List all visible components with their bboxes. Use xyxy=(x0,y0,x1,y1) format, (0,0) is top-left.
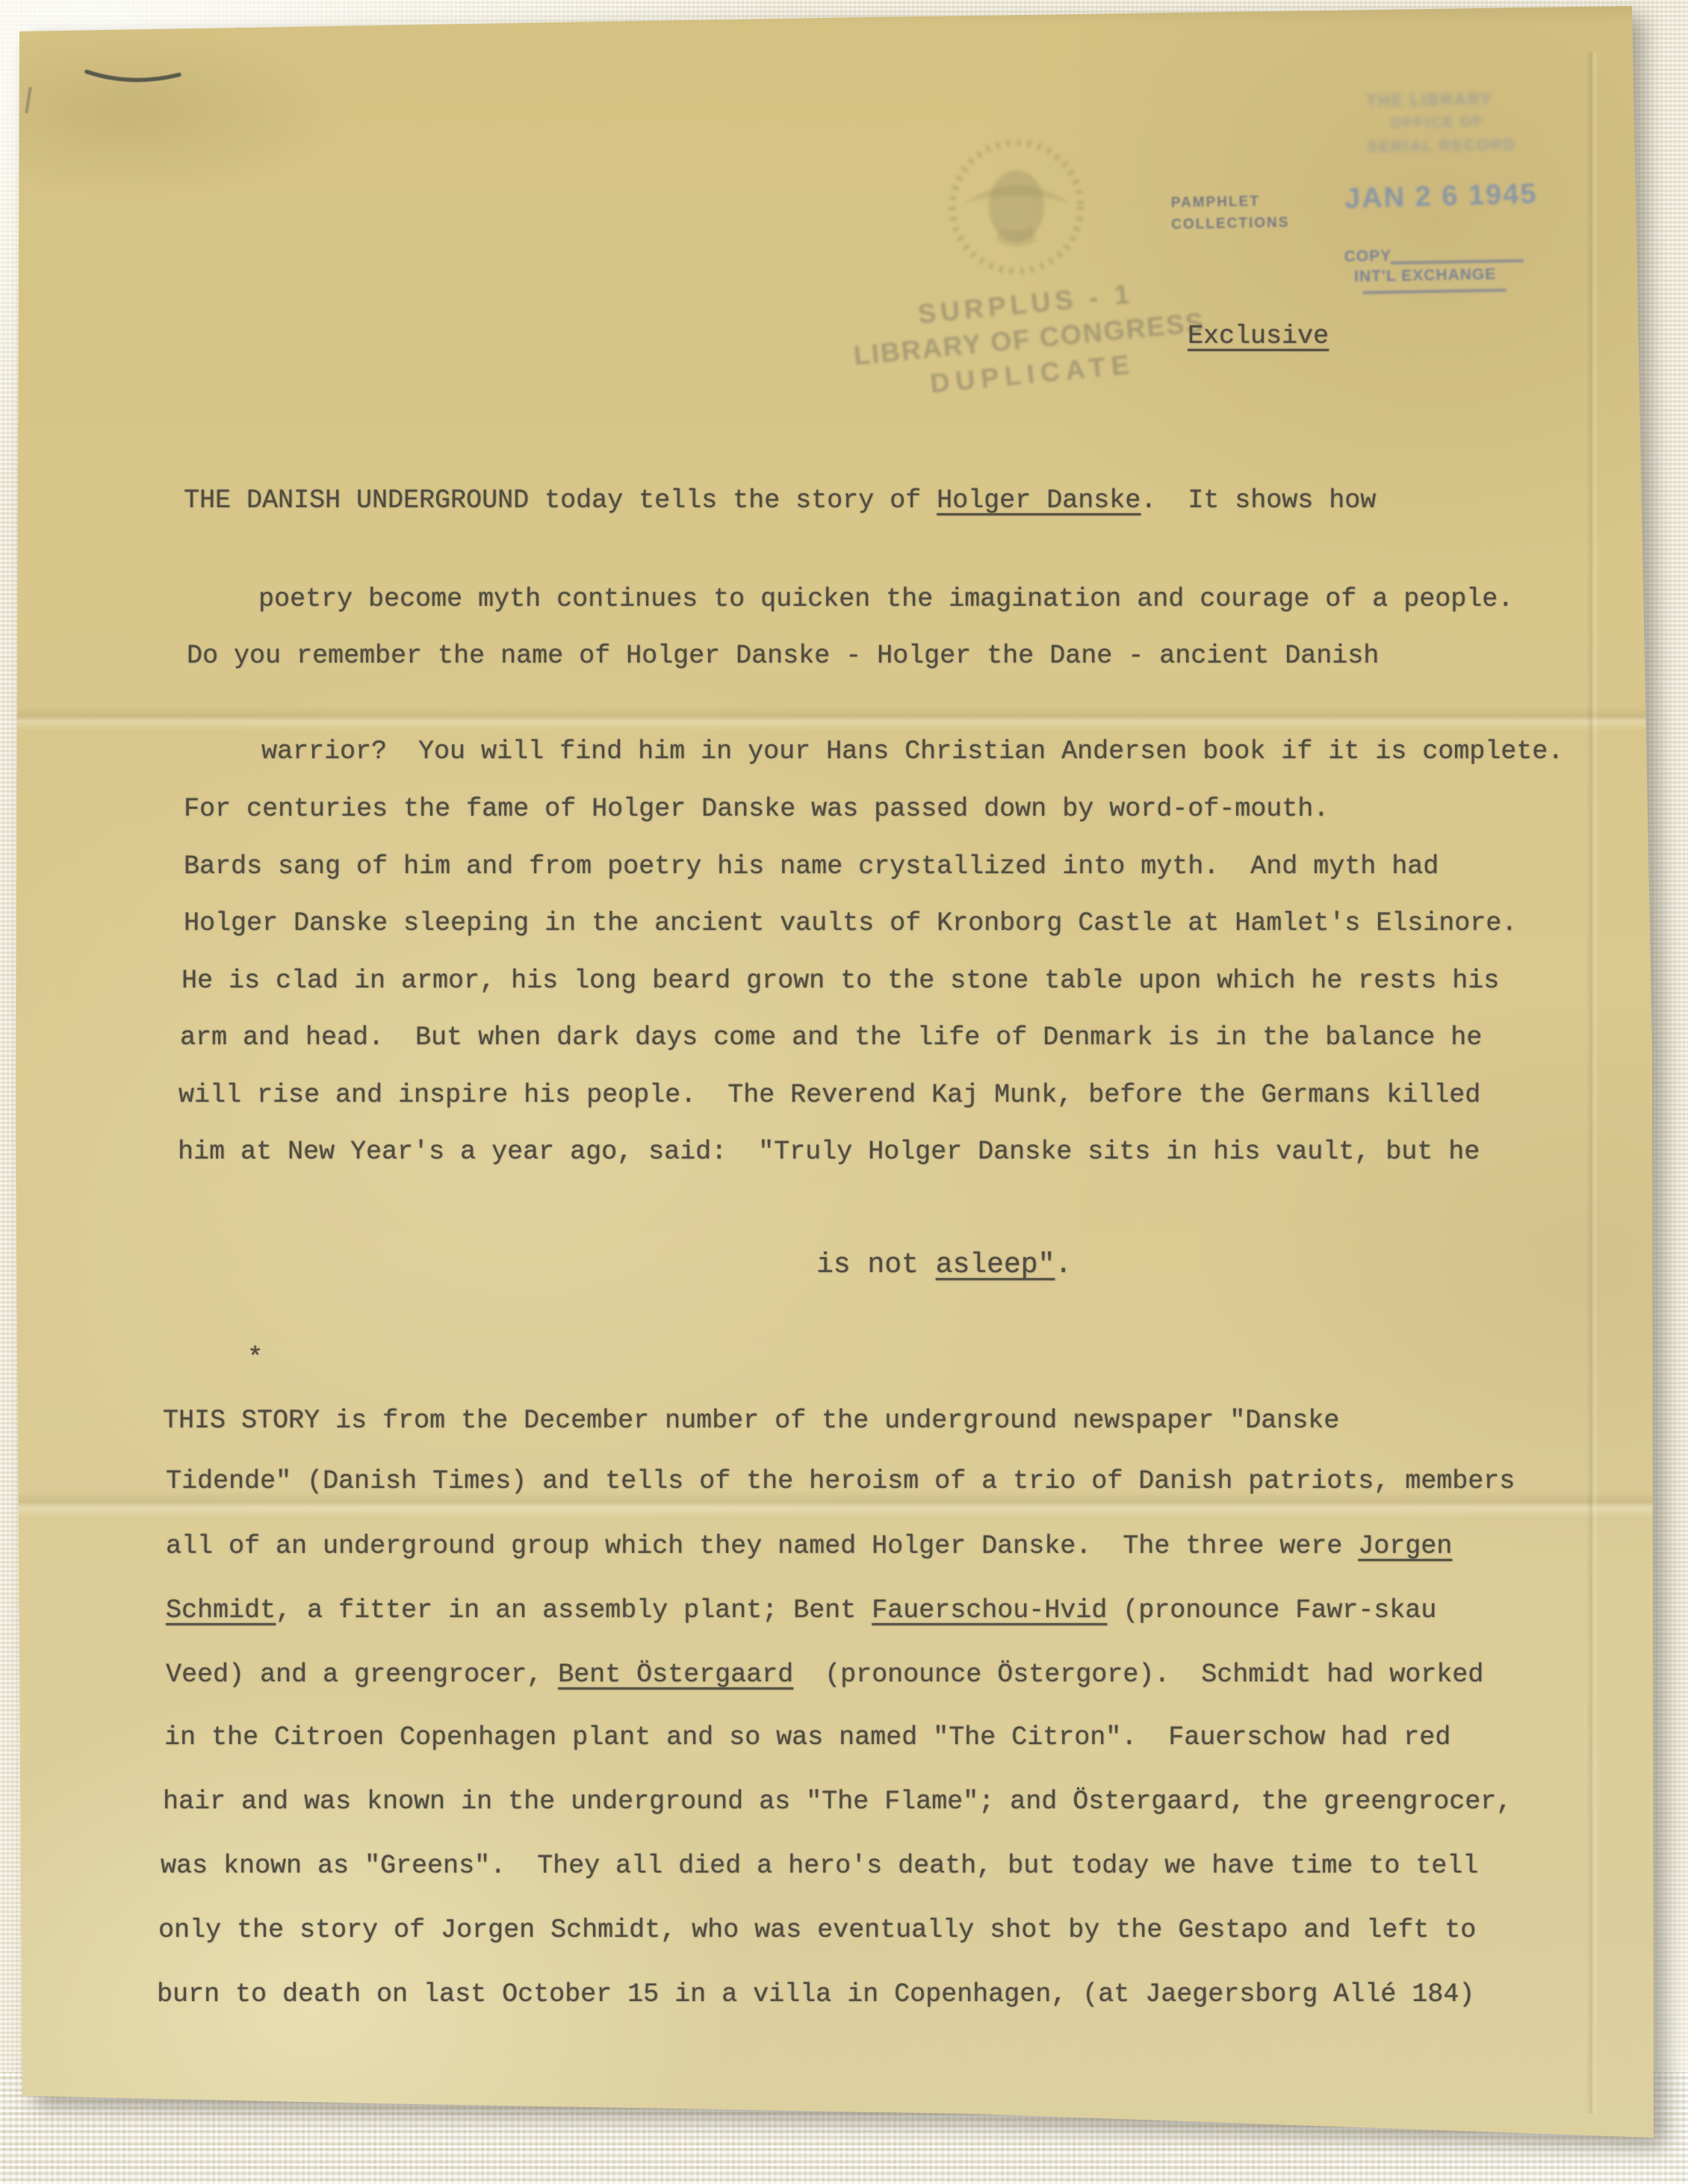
typed-line: is not asleep". xyxy=(816,1250,1072,1280)
typed-line: hair and was known in the underground as… xyxy=(163,1787,1512,1817)
typed-line: Veed) and a greengrocer, Bent Östergaard… xyxy=(166,1660,1483,1690)
typed-line: all of an underground group which they n… xyxy=(166,1531,1452,1561)
typed-line: THIS STORY is from the December number o… xyxy=(163,1406,1339,1436)
typed-line: in the Citroen Copenhagen plant and so w… xyxy=(164,1722,1450,1752)
typed-line: THE DANISH UNDERGROUND today tells the s… xyxy=(184,485,1376,515)
typed-line: will rise and inspire his people. The Re… xyxy=(179,1080,1480,1110)
typed-line: Do you remember the name of Holger Dansk… xyxy=(187,641,1379,671)
asterisk-separator: * xyxy=(247,1343,263,1373)
typewritten-text-layer: Exclusive THE DANISH UNDERGROUND today t… xyxy=(0,0,1688,2184)
exclusive-heading: Exclusive xyxy=(1188,321,1329,351)
typed-line: him at New Year's a year ago, said: "Tru… xyxy=(178,1137,1480,1167)
typed-line: only the story of Jorgen Schmidt, who wa… xyxy=(158,1915,1476,1945)
typed-line: Bards sang of him and from poetry his na… xyxy=(184,851,1439,881)
typed-line: was known as "Greens". They all died a h… xyxy=(161,1851,1478,1881)
typed-line: burn to death on last October 15 in a vi… xyxy=(157,1979,1474,2009)
typed-line: For centuries the fame of Holger Danske … xyxy=(184,794,1329,824)
typed-line: warrior? You will find him in your Hans … xyxy=(261,736,1563,766)
typed-line: which the Gestapo fired. xyxy=(0,0,376,30)
typed-line: Tidende" (Danish Times) and tells of the… xyxy=(166,1466,1515,1496)
typed-line: He is clad in armor, his long beard grow… xyxy=(181,966,1499,996)
typed-line: arm and head. But when dark days come an… xyxy=(180,1023,1482,1052)
typed-line: Schmidt, a fitter in an assembly plant; … xyxy=(166,1595,1436,1625)
typed-line: Holger Danske sleeping in the ancient va… xyxy=(184,908,1517,938)
document-paper: THE LIBRARY OFFICE OF SERIAL RECORD JAN … xyxy=(0,0,1688,2184)
typed-line: poetry become myth continues to quicken … xyxy=(258,584,1513,614)
paper-shadow-wrap: THE LIBRARY OFFICE OF SERIAL RECORD JAN … xyxy=(0,0,1688,2184)
